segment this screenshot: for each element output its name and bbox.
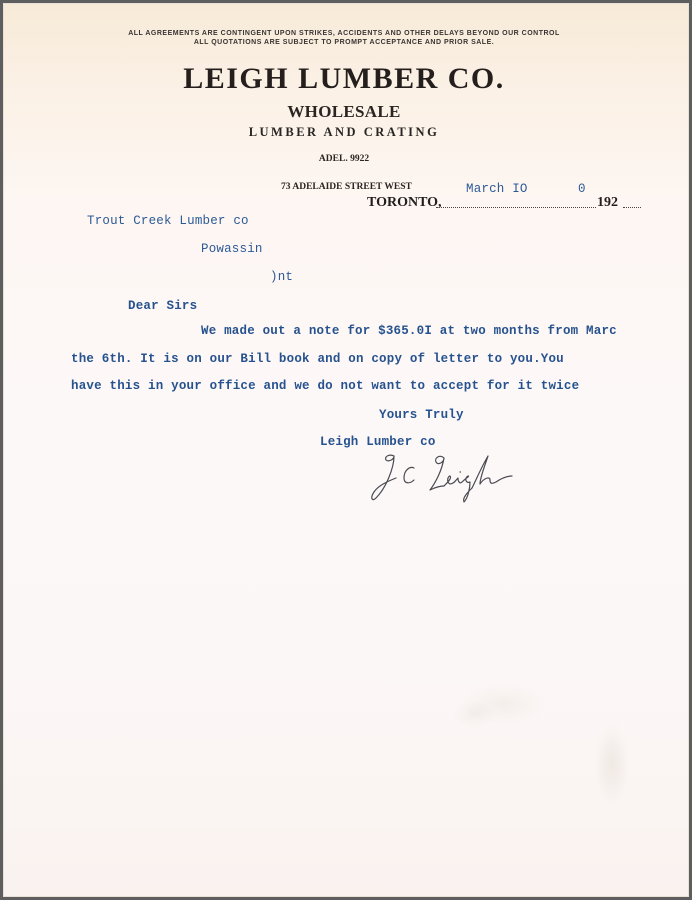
recipient-name: Trout Creek Lumber co [87, 214, 249, 228]
body-line-2: the 6th. It is on our Bill book and on c… [71, 352, 564, 366]
closing: Yours Truly [379, 408, 464, 422]
handwritten-signature-icon [364, 448, 524, 506]
street-address: 73 ADELAIDE STREET WEST [281, 182, 412, 192]
letterhead-disclaimer-line-1: ALL AGREEMENTS ARE CONTINGENT UPON STRIK… [3, 30, 687, 37]
phone-number: ADEL. 9922 [3, 154, 687, 164]
year-digit: 0 [578, 182, 586, 196]
letterhead-disclaimer-line-2: ALL QUOTATIONS ARE SUBJECT TO PROMPT ACC… [3, 39, 687, 46]
signature-block: Leigh Lumber co [320, 435, 436, 449]
body-line-3: have this in your office and we do not w… [71, 379, 579, 393]
company-name: LEIGH LUMBER CO. [3, 62, 687, 96]
salutation: Dear Sirs [128, 299, 197, 313]
business-type: WHOLESALE [3, 102, 687, 122]
letter-page: ALL AGREEMENTS ARE CONTINGENT UPON STRIK… [3, 3, 689, 897]
recipient-town: Powassin [201, 242, 263, 256]
letter-date: March IO [466, 182, 528, 196]
recipient-province: )nt [270, 270, 293, 284]
city: TORONTO, [367, 195, 442, 211]
year-line [623, 207, 641, 208]
body-line-1: We made out a note for $365.0I at two mo… [201, 324, 617, 338]
year-prefix: 192 [597, 195, 618, 211]
products-line: LUMBER AND CRATING [3, 125, 687, 140]
date-line [436, 207, 596, 208]
